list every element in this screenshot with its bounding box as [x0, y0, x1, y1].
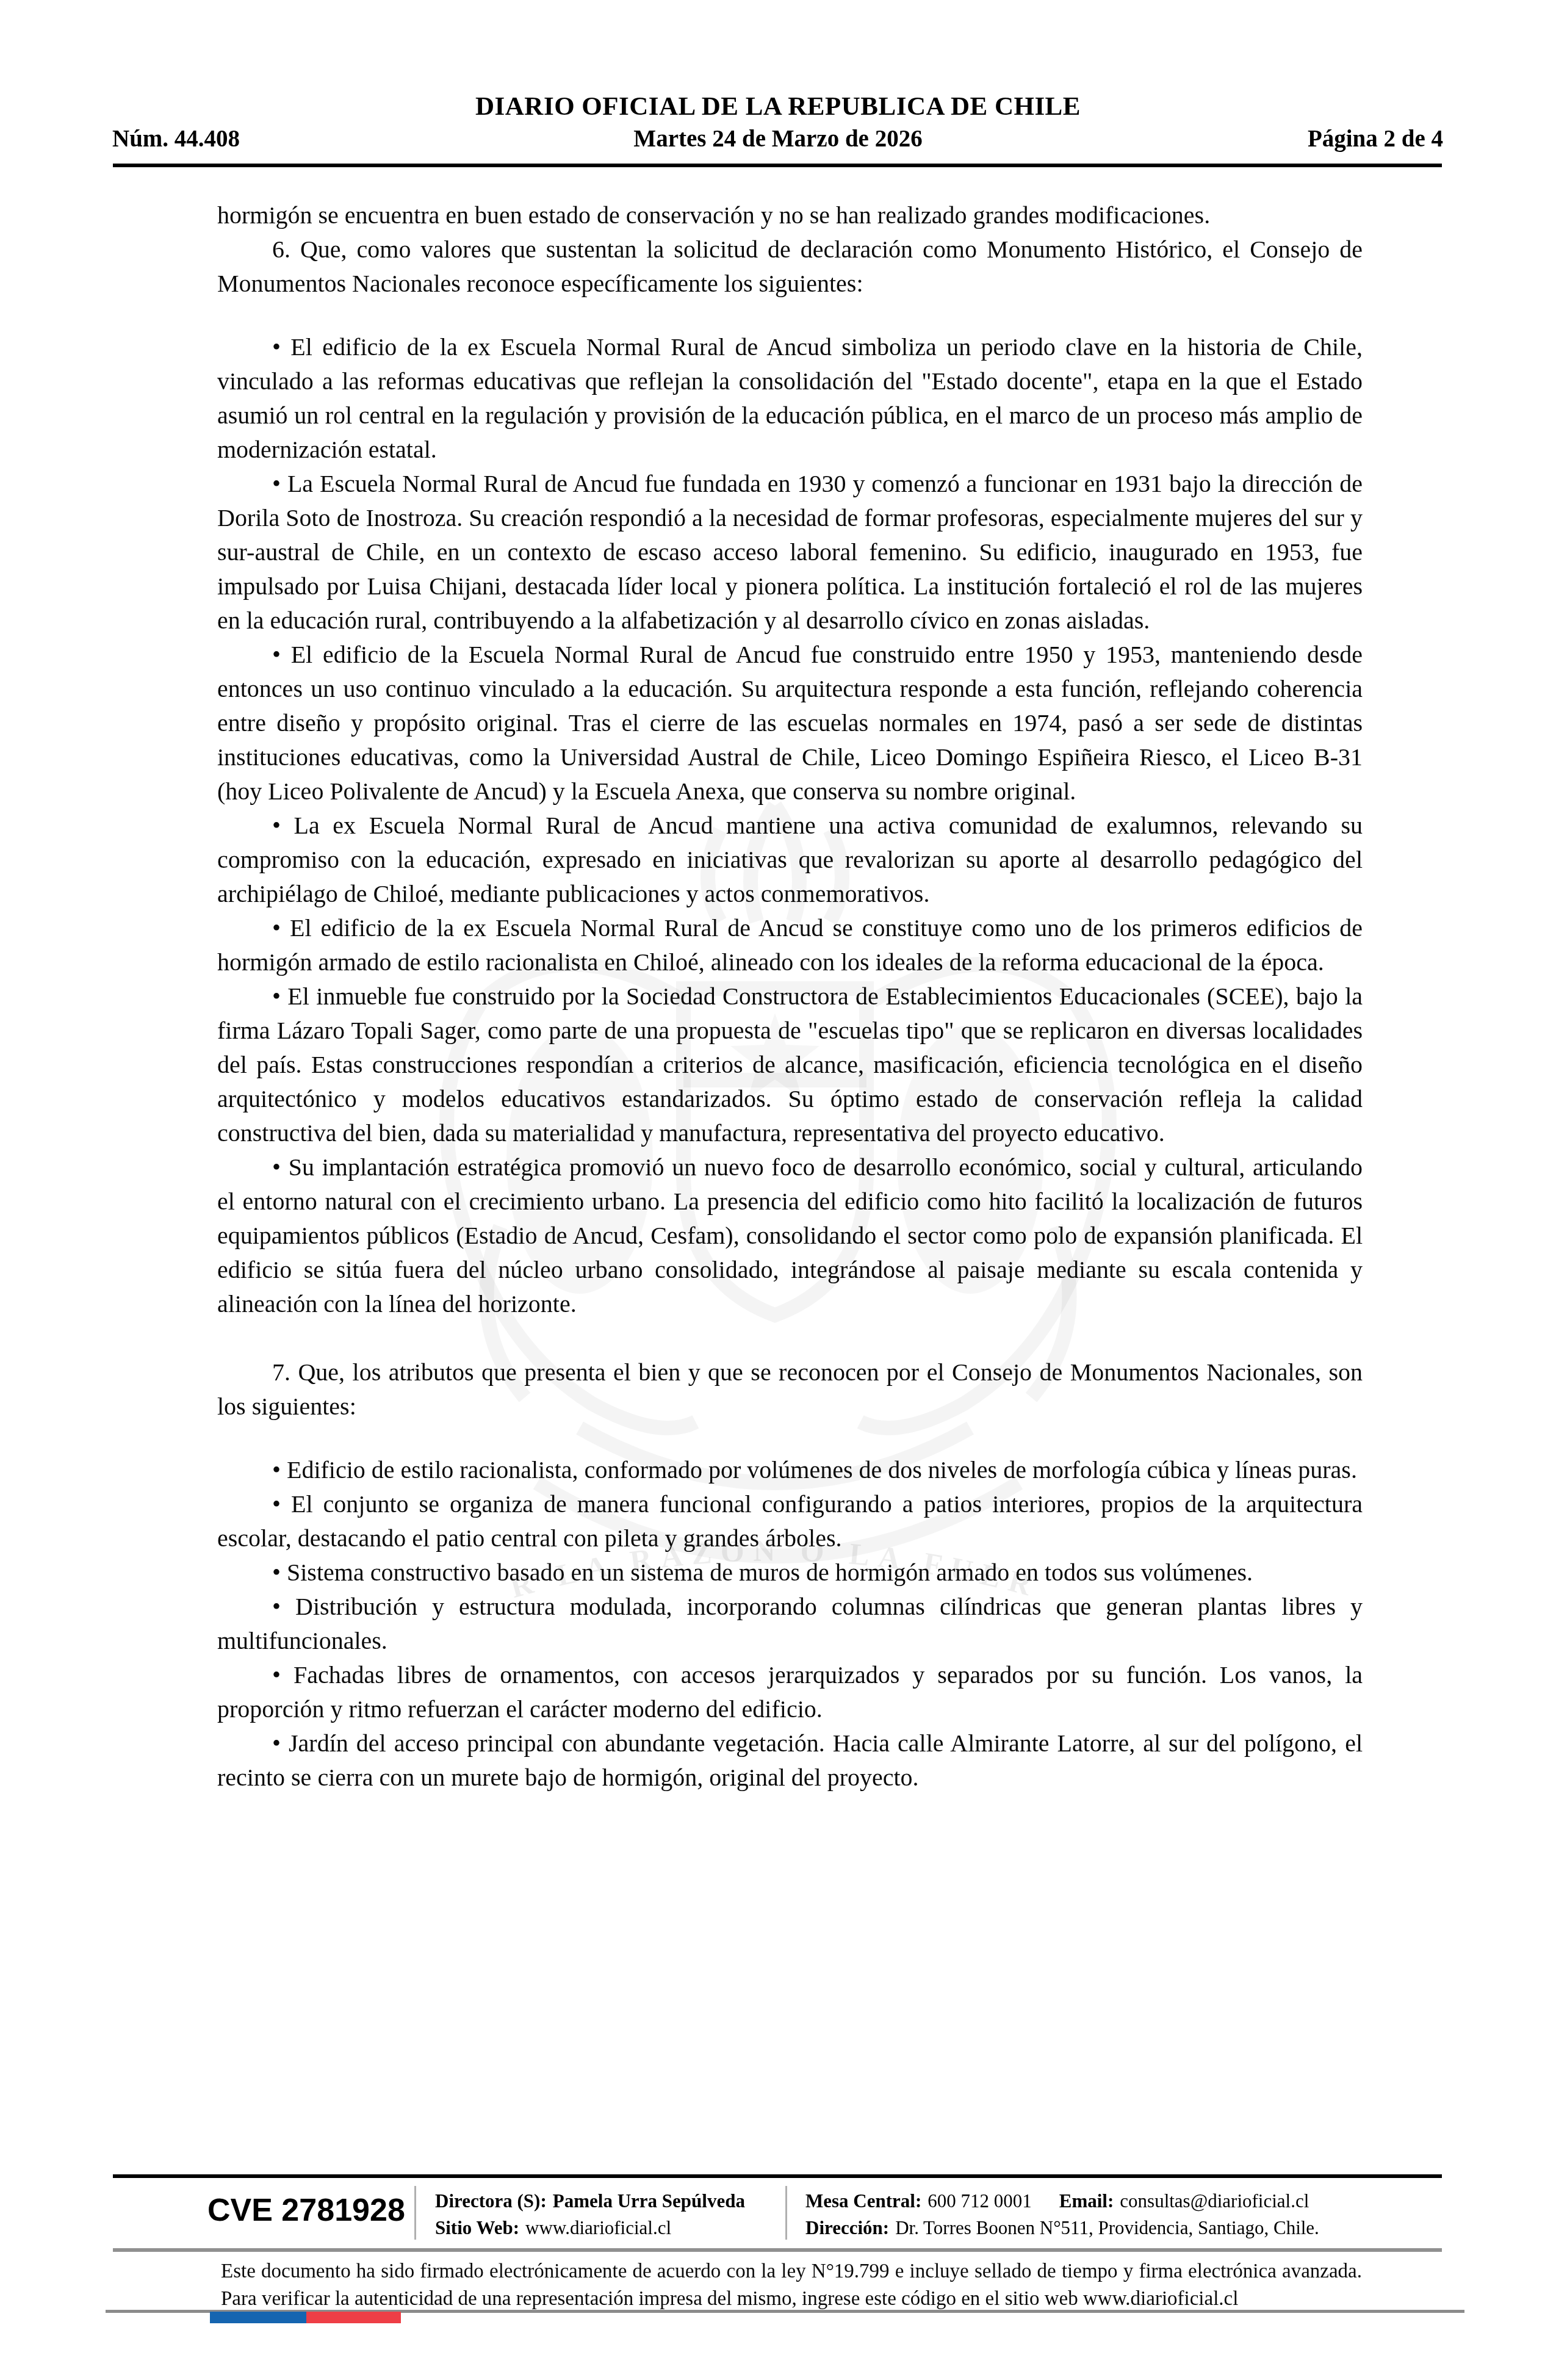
- chile-flag-mark: [210, 2312, 401, 2323]
- mesa-central-phone: 600 712 0001: [927, 2190, 1032, 2212]
- directora-line: Directora (S):Pamela Urra Sepúlveda: [435, 2188, 745, 2215]
- paragraph: • Edificio de estilo racionalista, confo…: [217, 1453, 1363, 1487]
- paragraph: 6. Que, como valores que sustentan la so…: [217, 233, 1363, 301]
- paragraph: • El edificio de la ex Escuela Normal Ru…: [217, 330, 1363, 467]
- email-label: Email:: [1059, 2190, 1114, 2212]
- page-number: Página 2 de 4: [1308, 125, 1443, 153]
- body-text: hormigón se encuentra en buen estado de …: [217, 198, 1363, 1795]
- footer-contact-right: Mesa Central:600 712 0001Email:consultas…: [805, 2188, 1319, 2241]
- direccion-value: Dr. Torres Boonen N°511, Providencia, Sa…: [895, 2217, 1319, 2238]
- paragraph: • La Escuela Normal Rural de Ancud fue f…: [217, 467, 1363, 638]
- paragraph: • La ex Escuela Normal Rural de Ancud ma…: [217, 809, 1363, 911]
- mesa-central-line: Mesa Central:600 712 0001Email:consultas…: [805, 2188, 1319, 2215]
- header-row: Núm. 44.408 Martes 24 de Marzo de 2026 P…: [0, 125, 1556, 156]
- sitio-web-label: Sitio Web:: [435, 2217, 519, 2238]
- header-divider: [113, 164, 1442, 167]
- paragraph: • El conjunto se organiza de manera func…: [217, 1487, 1363, 1556]
- direccion-line: Dirección:Dr. Torres Boonen N°511, Provi…: [805, 2215, 1319, 2241]
- newspaper-title: DIARIO OFICIAL DE LA REPUBLICA DE CHILE: [0, 92, 1556, 121]
- footer-middle-divider: [113, 2248, 1442, 2252]
- paragraph: hormigón se encuentra en buen estado de …: [217, 198, 1363, 233]
- sitio-web-line: Sitio Web:www.diarioficial.cl: [435, 2215, 745, 2241]
- paragraph: • Sistema constructivo basado en un sist…: [217, 1556, 1363, 1590]
- sitio-web-url: www.diarioficial.cl: [525, 2217, 671, 2238]
- footer-column-divider: [785, 2186, 787, 2240]
- paragraph: • Distribución y estructura modulada, in…: [217, 1590, 1363, 1658]
- mesa-central-label: Mesa Central:: [805, 2190, 921, 2212]
- paragraph: • Jardín del acceso principal con abunda…: [217, 1726, 1363, 1795]
- document-page: { "header": { "title": "DIARIO OFICIAL D…: [0, 0, 1556, 2380]
- flag-red-bar: [306, 2312, 401, 2323]
- footer-top-divider: [113, 2174, 1442, 2178]
- footer-column-divider: [414, 2186, 416, 2240]
- footer-contact-left: Directora (S):Pamela Urra Sepúlveda Siti…: [435, 2188, 745, 2241]
- paragraph: • Fachadas libres de ornamentos, con acc…: [217, 1658, 1363, 1726]
- directora-label: Directora (S):: [435, 2190, 547, 2212]
- paragraph: • El inmueble fue construido por la Soci…: [217, 979, 1363, 1150]
- flag-blue-bar: [210, 2312, 306, 2323]
- paragraph: 7. Que, los atributos que presenta el bi…: [217, 1355, 1363, 1424]
- paragraph: • El edificio de la Escuela Normal Rural…: [217, 638, 1363, 809]
- cve-code: CVE 2781928: [207, 2192, 409, 2229]
- paragraph: • El edificio de la ex Escuela Normal Ru…: [217, 911, 1363, 979]
- signature-disclaimer: Este documento ha sido firmado electróni…: [221, 2258, 1362, 2313]
- paragraph: • Su implantación estratégica promovió u…: [217, 1150, 1363, 1321]
- directora-name: Pamela Urra Sepúlveda: [553, 2190, 745, 2212]
- email-address: consultas@diarioficial.cl: [1120, 2190, 1309, 2212]
- direccion-label: Dirección:: [805, 2217, 889, 2238]
